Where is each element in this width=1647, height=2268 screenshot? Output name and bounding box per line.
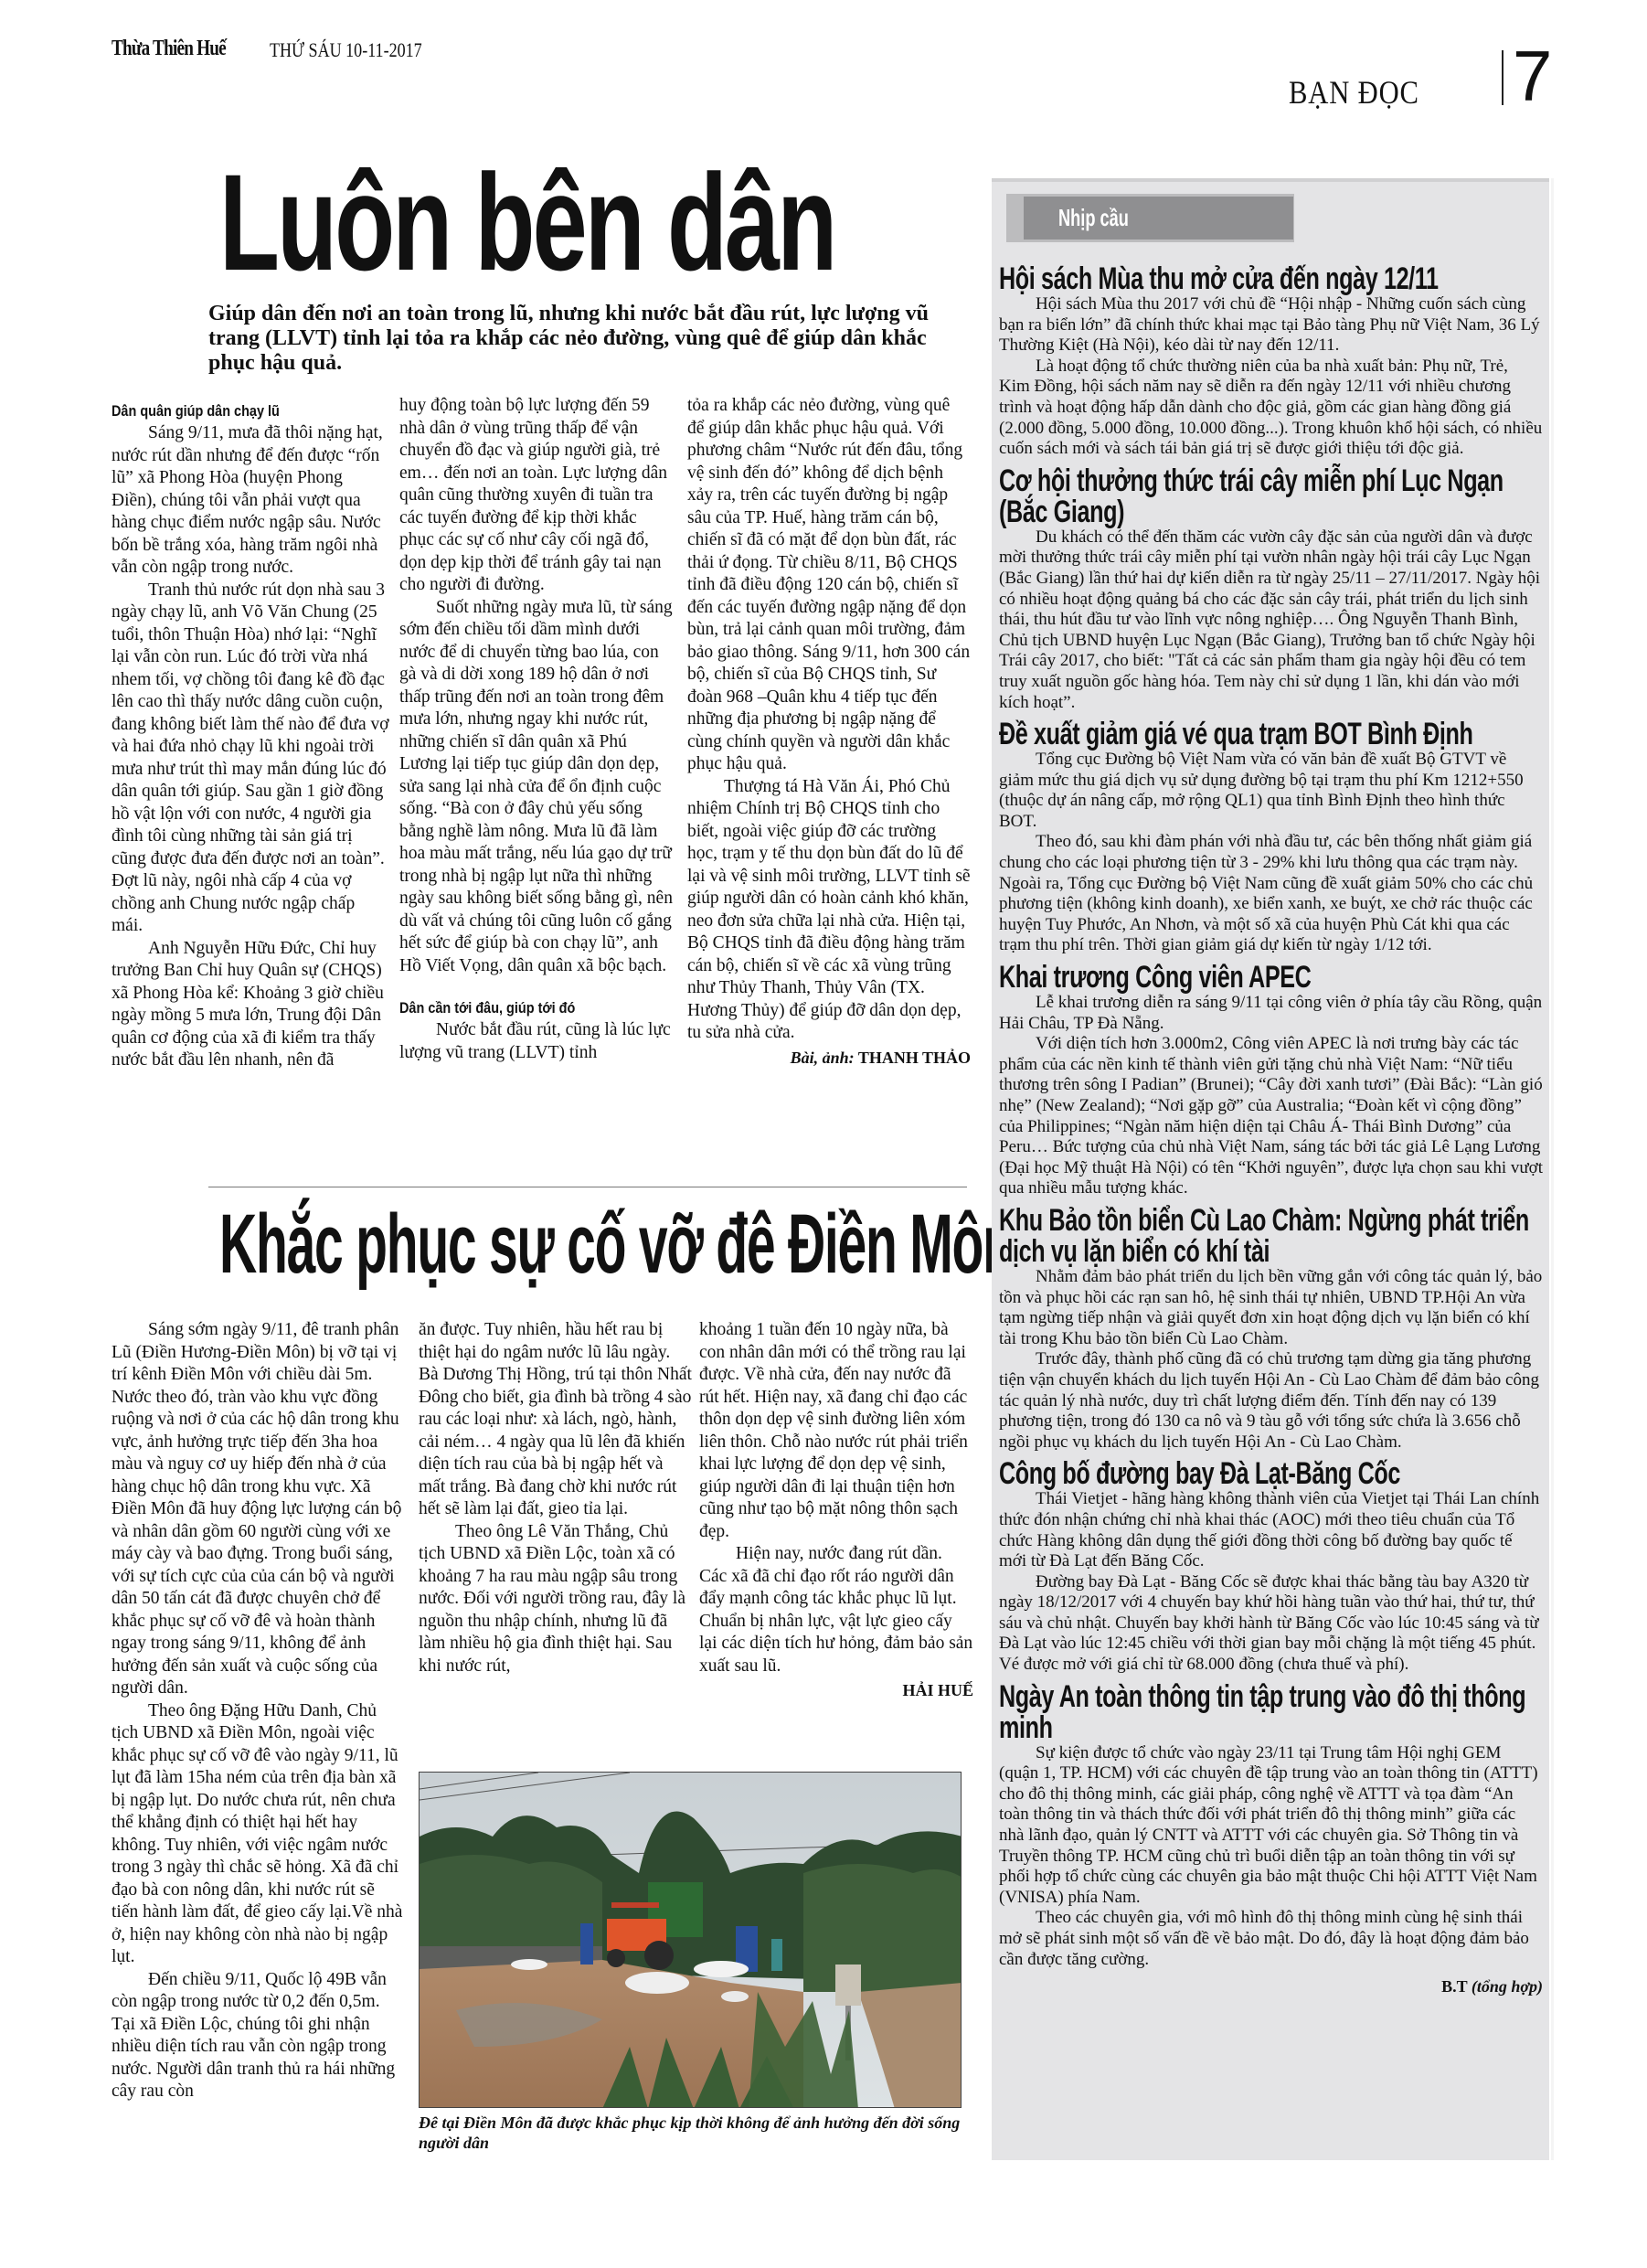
photo-caption: Đê tại Điền Môn đã được khắc phục kịp th… xyxy=(419,2113,967,2153)
sidebar-story: Đề xuất giảm giá vé qua trạm BOT Bình Đị… xyxy=(999,719,1543,956)
story-paragraph: Với diện tích hơn 3.000m2, Công viên APE… xyxy=(999,1034,1543,1199)
section-name: BẠN ĐỌC xyxy=(1289,73,1419,112)
story-title: Hội sách Mùa thu mở cửa đến ngày 12/11 xyxy=(999,263,1542,294)
story-paragraph: Lễ khai trương diễn ra sáng 9/11 tại côn… xyxy=(999,993,1543,1034)
article2-column-3: khoảng 1 tuần đến 10 ngày nữa, bà con nh… xyxy=(699,1319,973,1702)
story-title: Công bố đường bay Đà Lạt-Băng Cốc xyxy=(999,1458,1542,1489)
article1-column-1: Dân quân giúp dân chạy lũ Sáng 9/11, mưa… xyxy=(112,400,390,1072)
sidebar-tag-label: Nhịp cầu xyxy=(1058,204,1129,232)
story-paragraph: Là hoạt động tổ chức thường niên của ba … xyxy=(999,357,1543,460)
masthead-divider xyxy=(1502,50,1504,105)
sidebar-edge xyxy=(1551,178,1554,2160)
paragraph: huy động toàn bộ lực lượng đến 59 nhà dâ… xyxy=(399,395,674,597)
article2-column-2: ăn được. Tuy nhiên, hầu hết rau bị thiệt… xyxy=(419,1319,693,1677)
story-paragraph: Theo các chuyên gia, với mô hình đô thị … xyxy=(999,1908,1543,1970)
masthead: Thừa Thiên Huế THỨ SÁU 10-11-2017 BẠN ĐỌ… xyxy=(0,0,1647,110)
story-paragraph: Sự kiện được tổ chức vào ngày 23/11 tại … xyxy=(999,1743,1543,1909)
photo-tractor-dike-icon xyxy=(420,1773,962,2108)
sidebar-story: Cơ hội thưởng thức trái cây miễn phí Lục… xyxy=(999,465,1543,713)
paragraph: Đến chiều 9/11, Quốc lộ 49B vẫn còn ngập… xyxy=(112,1969,404,2103)
story-title: Khai trương Công viên APEC xyxy=(999,962,1542,993)
article2-byline: HẢI HUẾ xyxy=(699,1679,973,1702)
paragraph: Nước bắt đầu rút, cũng là lúc lực lượng … xyxy=(399,1019,674,1064)
sidebar-stories: Hội sách Mùa thu mở cửa đến ngày 12/11 H… xyxy=(999,258,1543,1996)
article2-photo xyxy=(419,1772,962,2108)
article2-column-1: Sáng sớm ngày 9/11, đê tranh phân Lũ (Đi… xyxy=(112,1319,404,2103)
story-paragraph: Nhằm đảm bảo phát triển du lịch bền vững… xyxy=(999,1267,1543,1349)
article1-sapo: Giúp dân đến nơi an toàn trong lũ, nhưng… xyxy=(208,302,967,376)
sidebar-story: Công bố đường bay Đà Lạt-Băng Cốc Thái V… xyxy=(999,1458,1543,1675)
issue-date: THỨ SÁU 10-11-2017 xyxy=(270,38,422,62)
page-number: 7 xyxy=(1513,40,1552,112)
sidebar-byline: B.T (tổng hợp) xyxy=(999,1977,1543,1996)
story-paragraph: Hội sách Mùa thu 2017 với chủ đề “Hội nh… xyxy=(999,294,1543,357)
story-paragraph: Trước đây, thành phố cũng đã có chủ trươ… xyxy=(999,1349,1543,1453)
story-title: Khu Bảo tồn biển Cù Lao Chàm: Ngừng phát… xyxy=(999,1205,1542,1267)
paper-name: Thừa Thiên Huế xyxy=(112,37,226,61)
paragraph: Sáng sớm ngày 9/11, đê tranh phân Lũ (Đi… xyxy=(112,1319,404,1700)
story-title: Ngày An toàn thông tin tập trung vào đô … xyxy=(999,1681,1542,1743)
paragraph: tỏa ra khắp các nẻo đường, vùng quê để g… xyxy=(687,395,971,776)
article1-column-3: tỏa ra khắp các nẻo đường, vùng quê để g… xyxy=(687,395,971,1069)
paragraph: Hiện nay, nước đang rút dần. Các xã đã c… xyxy=(699,1543,973,1677)
article1-subhead-1: Dân quân giúp dân chạy lũ xyxy=(112,400,348,422)
paragraph: Anh Nguyễn Hữu Đức, Chỉ huy trưởng Ban C… xyxy=(112,938,390,1072)
paragraph: Sáng 9/11, mưa đã thôi nặng hạt, nước rú… xyxy=(112,422,390,580)
paragraph: ăn được. Tuy nhiên, hầu hết rau bị thiệt… xyxy=(419,1319,693,1521)
story-title: Đề xuất giảm giá vé qua trạm BOT Bình Đị… xyxy=(999,719,1542,750)
sidebar-story: Khai trương Công viên APEC Lễ khai trươn… xyxy=(999,962,1543,1199)
article-divider xyxy=(208,1187,967,1187)
story-paragraph: Du khách có thể đến thăm các vườn cây đặ… xyxy=(999,527,1543,713)
story-paragraph: Đường bay Đà Lạt - Băng Cốc sẽ được khai… xyxy=(999,1572,1543,1676)
article1-column-2: huy động toàn bộ lực lượng đến 59 nhà dâ… xyxy=(399,395,674,1064)
sidebar-story: Ngày An toàn thông tin tập trung vào đô … xyxy=(999,1681,1543,1971)
paragraph: khoảng 1 tuần đến 10 ngày nữa, bà con nh… xyxy=(699,1319,973,1543)
story-paragraph: Tổng cục Đường bộ Việt Nam vừa có văn bả… xyxy=(999,750,1543,832)
paragraph: Theo ông Đặng Hữu Danh, Chủ tịch UBND xã… xyxy=(112,1700,404,1969)
article1-subhead-2: Dân cần tới đâu, giúp tới đó xyxy=(399,997,632,1019)
story-paragraph: Thái Vietjet - hãng hàng không thành viê… xyxy=(999,1489,1543,1571)
paragraph: Suốt những ngày mưa lũ, từ sáng sớm đến … xyxy=(399,597,674,978)
story-paragraph: Theo đó, sau khi đàm phán với nhà đầu tư… xyxy=(999,832,1543,956)
paragraph: Thượng tá Hà Văn Ái, Phó Chủ nhiệm Chính… xyxy=(687,776,971,1045)
paragraph: Tranh thủ nước rút dọn nhà sau 3 ngày ch… xyxy=(112,580,390,938)
article1-headline: Luôn bên dân xyxy=(219,154,834,291)
story-title: Cơ hội thưởng thức trái cây miễn phí Lục… xyxy=(999,465,1542,527)
paragraph: Theo ông Lê Văn Thắng, Chủ tịch UBND xã … xyxy=(419,1521,693,1678)
sidebar-story: Khu Bảo tồn biển Cù Lao Chàm: Ngừng phát… xyxy=(999,1205,1543,1453)
article1-byline: Bài, ảnh: THANH THẢO xyxy=(687,1047,971,1070)
article2-headline: Khắc phục sự cố vỡ đê Điền Môn xyxy=(219,1202,1014,1286)
sidebar-story: Hội sách Mùa thu mở cửa đến ngày 12/11 H… xyxy=(999,263,1543,460)
